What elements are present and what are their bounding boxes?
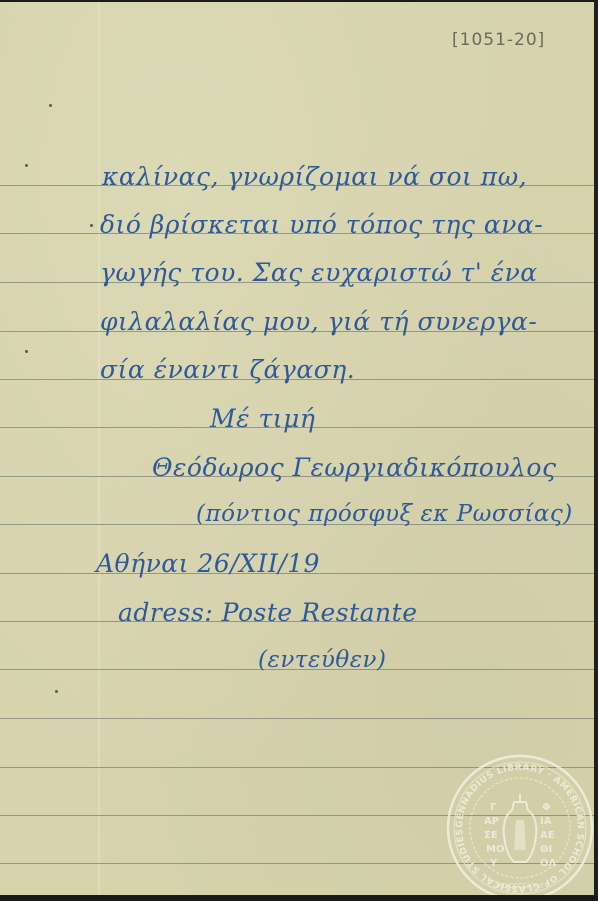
letter-line-3: γωγής του. Σας ευχαριστώ τ' ένα: [100, 258, 538, 287]
svg-text:ΜΟ: ΜΟ: [486, 844, 504, 855]
ink-speck: [90, 224, 93, 227]
svg-text:ΙΑ: ΙΑ: [540, 816, 552, 827]
letter-sheet: [1051-20] καλίνας, γνωρίζομαι νά σοι πω,…: [0, 2, 594, 896]
library-seal-icon: GENNADIUS LIBRARY · AMERICAN SCHOOL OF C…: [446, 754, 594, 896]
signature: Θεόδωρος Γεωργιαδικόπουλος: [152, 453, 556, 482]
letter-line-4: φιλαλαλίας μου, γιά τή συνεργα-: [100, 307, 537, 336]
ink-speck: [49, 104, 52, 107]
svg-text:ΑΕ: ΑΕ: [540, 830, 555, 841]
svg-text:ΟΛ: ΟΛ: [540, 858, 557, 869]
svg-text:ΑΡ: ΑΡ: [484, 816, 499, 827]
ink-speck: [25, 350, 28, 353]
svg-text:Φ: Φ: [542, 802, 551, 813]
address-note: (εντεύθεν): [258, 647, 387, 673]
svg-text:ΘΙ: ΘΙ: [540, 844, 552, 855]
svg-text:Υ: Υ: [489, 858, 498, 869]
scan-edge-bottom: [0, 895, 598, 901]
letter-line-5: σία έναντι ζάγαση.: [100, 355, 355, 384]
address-line: adress: Poste Restante: [118, 598, 418, 627]
ink-speck: [25, 164, 28, 167]
date-line: Αθήναι 26/ΧΙΙ/19: [96, 549, 320, 578]
scan-edge-right: [594, 0, 598, 901]
ruled-line: [0, 718, 594, 719]
ink-speck: [55, 690, 58, 693]
fold-crease: [98, 2, 100, 896]
svg-text:GENNADIUS LIBRARY · AMERICAN S: GENNADIUS LIBRARY · AMERICAN SCHOOL OF C…: [446, 754, 585, 893]
signature-note: (πόντιος πρόσφυξ εκ Ρωσσίας): [196, 501, 573, 527]
svg-text:MDCCCCXXVI: MDCCCCXXVI: [496, 882, 543, 890]
letter-line-2: διό βρίσκεται υπό τόπος της ανα-: [100, 210, 543, 239]
archive-reference: [1051-20]: [452, 30, 545, 50]
letter-line-1: καλίνας, γνωρίζομαι νά σοι πω,: [102, 162, 527, 191]
closing: Μέ τιμή: [210, 404, 315, 433]
svg-text:Γ: Γ: [490, 802, 497, 813]
svg-text:ΣΕ: ΣΕ: [484, 830, 498, 841]
